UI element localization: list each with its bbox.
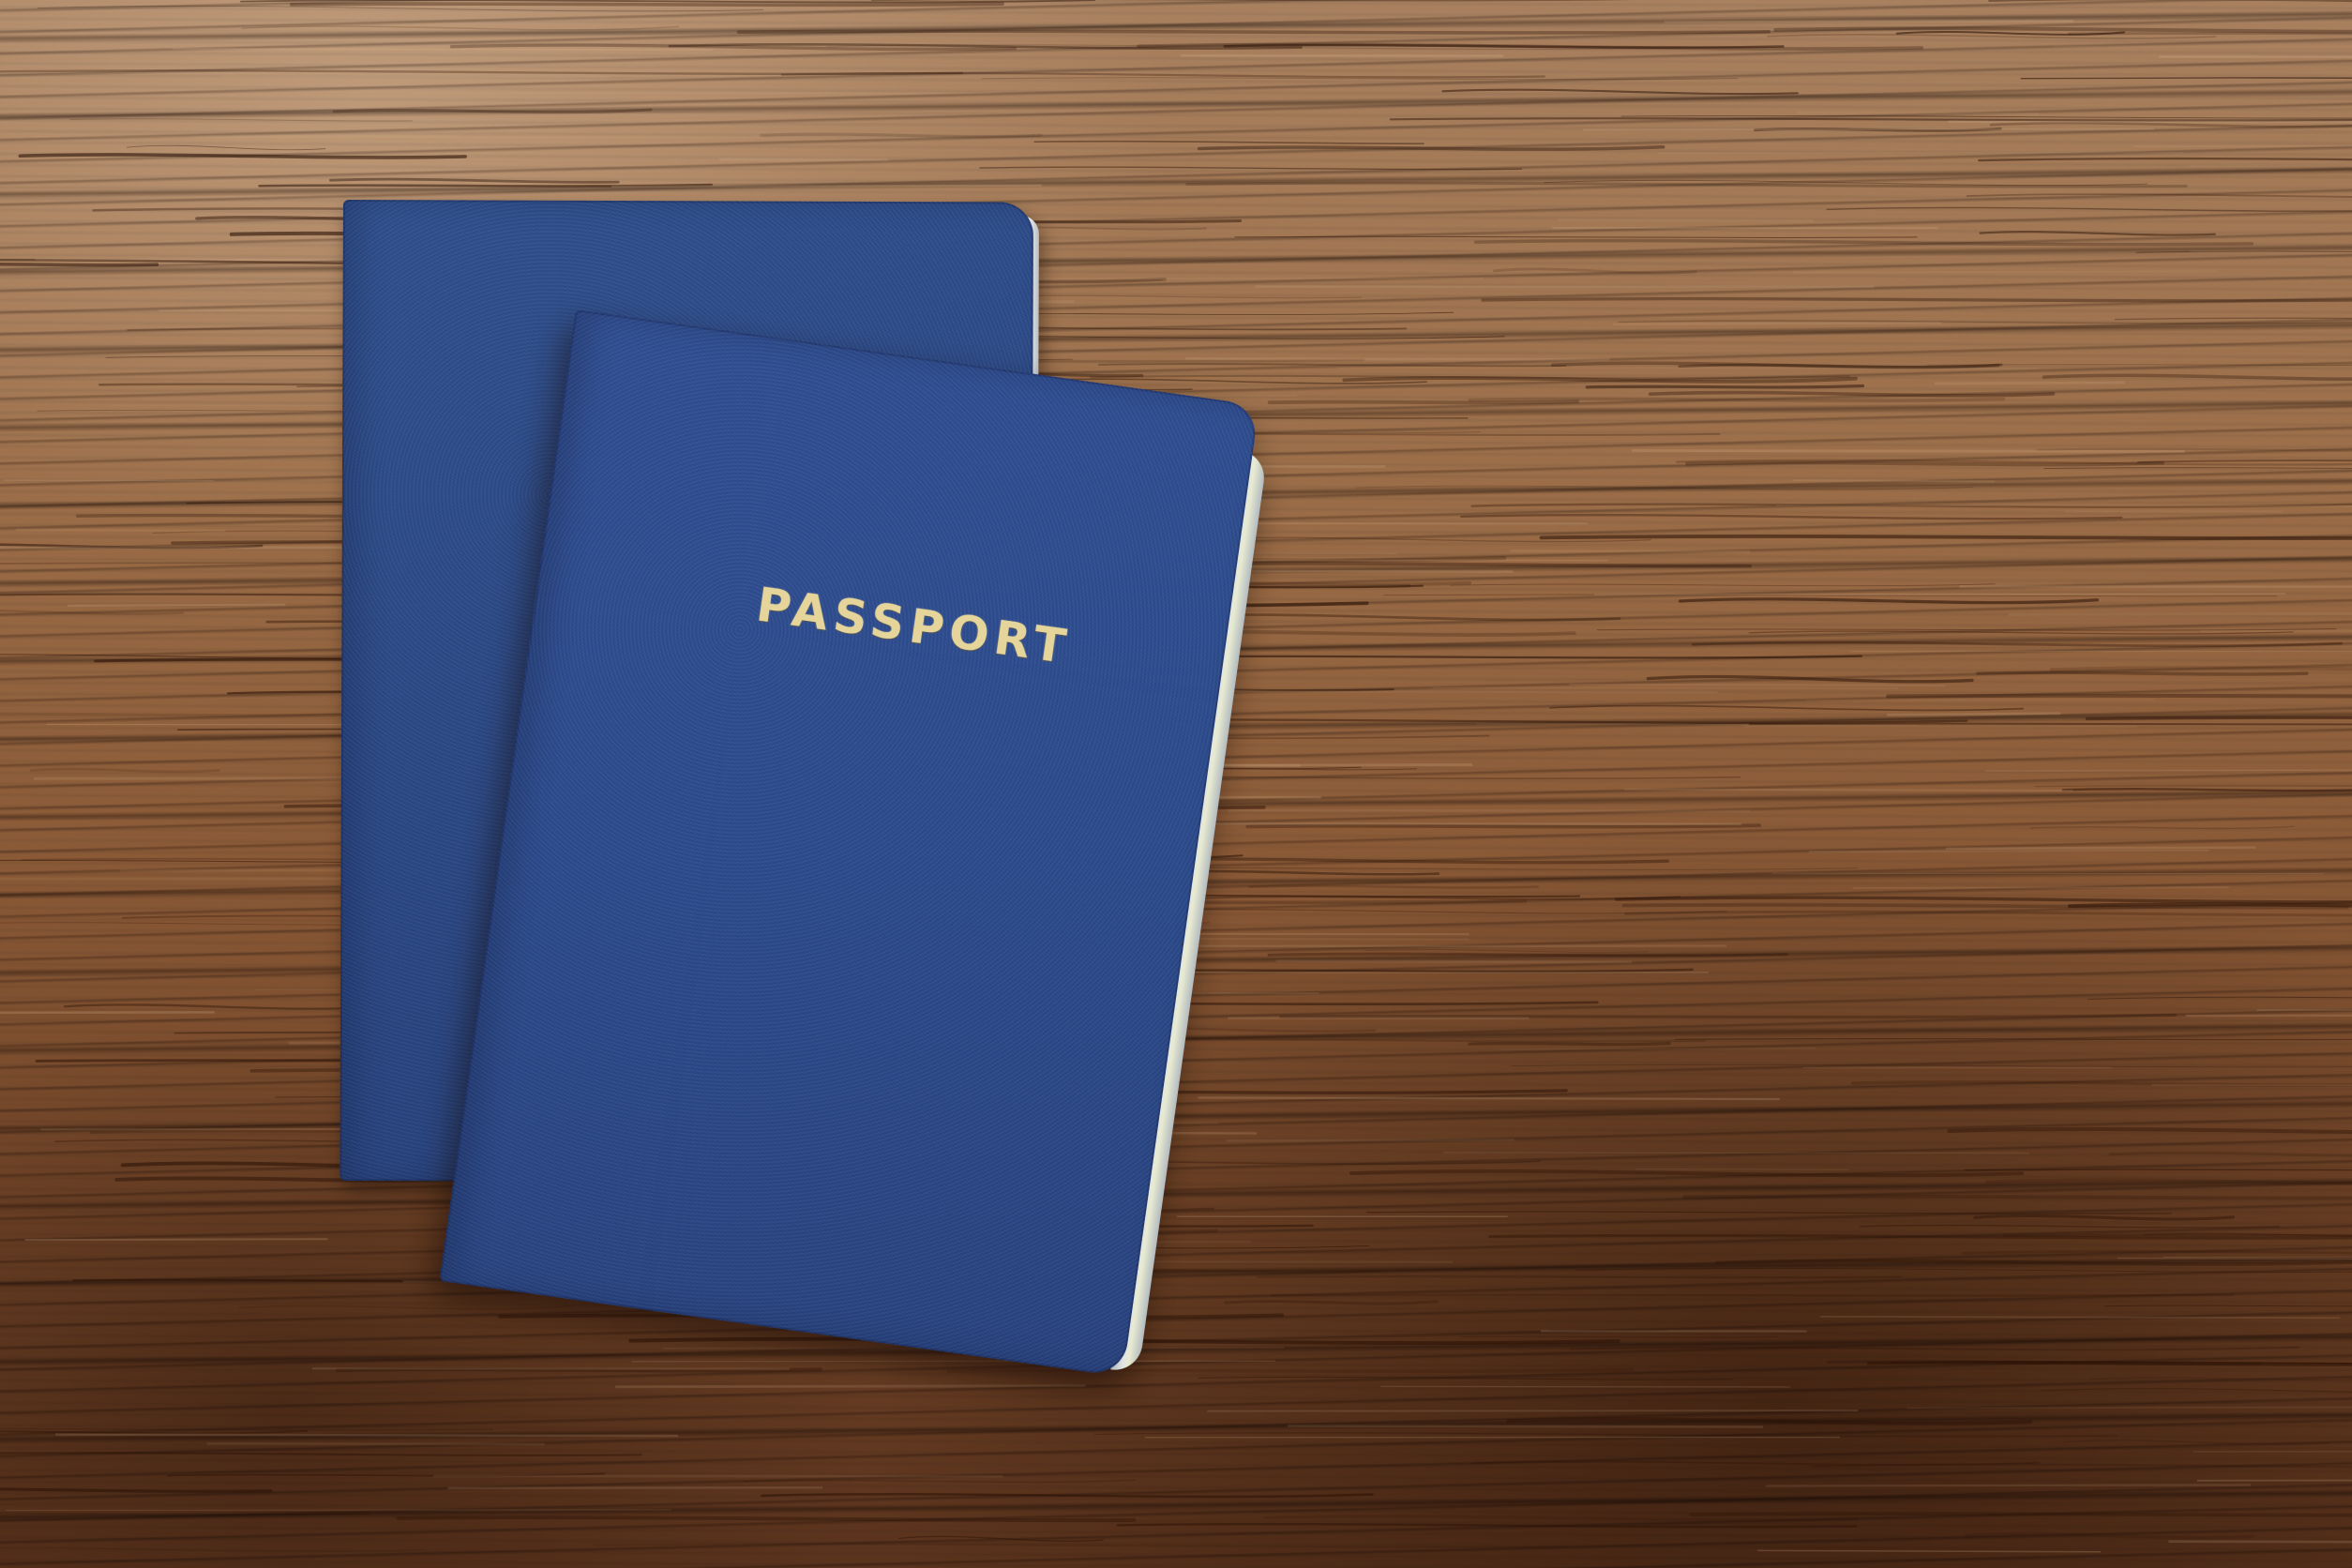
front-passport-cover: PASSPORT [439, 309, 1259, 1377]
wooden-table-background: PASSPORT [0, 0, 2352, 1568]
passport-title: PASSPORT [568, 551, 1259, 701]
front-passport: PASSPORT [439, 309, 1259, 1377]
